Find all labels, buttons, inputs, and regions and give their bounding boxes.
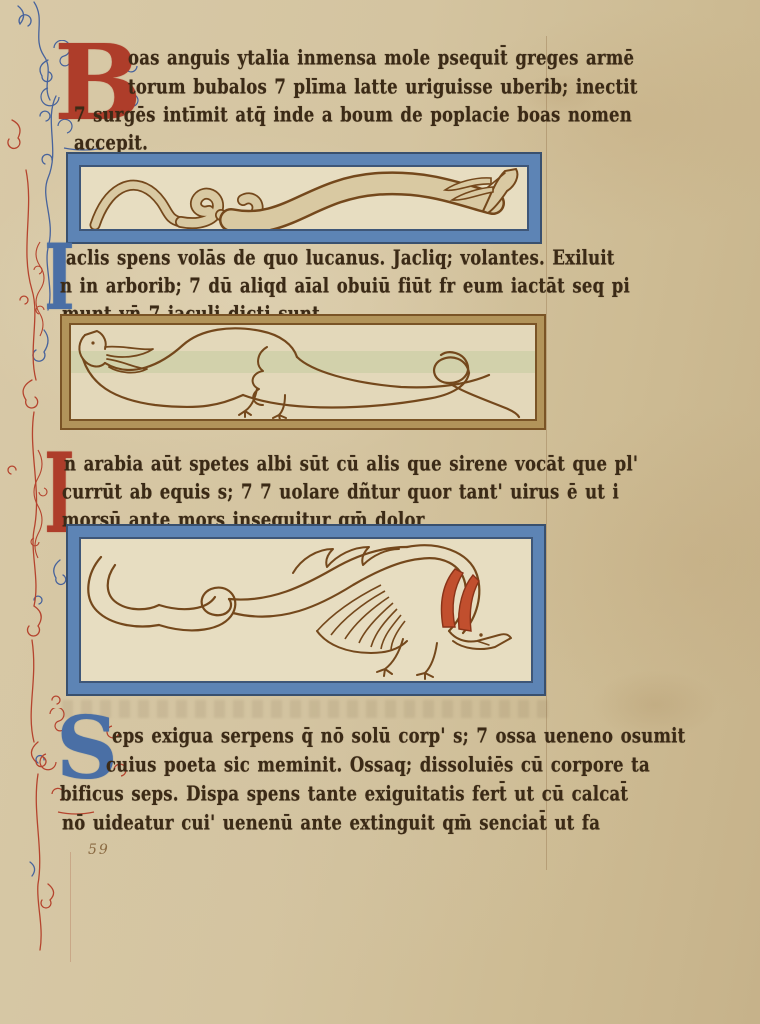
text-line: aclis spens volās de quo lucanus. Jacliq… — [66, 246, 615, 269]
text-line: nō uideatur cui' uenenū ante extinguit q… — [62, 811, 600, 834]
text-line: currūt ab equis s; 7 7 uolare dñtur quor… — [62, 480, 619, 503]
text-line: munt vn̄ 7 iaculi dicti sunt — [62, 302, 320, 325]
boa-serpent-drawing — [81, 167, 527, 229]
folio-number: 59 — [88, 842, 110, 858]
text-line: eps exigua serpens q̄ nō solū corp' s; 7… — [112, 724, 685, 747]
siren-serpent-drawing — [81, 539, 531, 681]
manuscript-page: B oas anguis ytalia inmensa mole psequit… — [0, 0, 760, 1024]
initial-i-filigree — [30, 240, 50, 340]
siren-red-horn — [459, 575, 479, 631]
show-through-text — [62, 700, 548, 718]
siren-illustration — [79, 537, 533, 683]
text-line: morsū ante mors insequitur qm̄ dolor — [62, 508, 425, 531]
text-line: accepit. — [74, 131, 148, 154]
text-line: bificus seps. Dispa spens tante exiguita… — [60, 782, 628, 805]
text-line: cuius poeta sic meminit. Ossaq; dissolui… — [106, 753, 650, 776]
iaculus-illustration — [69, 323, 537, 421]
iaculus-serpent-drawing — [71, 325, 535, 419]
text-line: n in arborib; 7 dū aliqd aīal obuiū fiūt… — [60, 274, 630, 297]
initial-i-filigree — [30, 448, 50, 568]
text-line: oas anguis ytalia inmensa mole psequit̄ … — [128, 46, 634, 69]
ruling-line-bottom-left — [70, 852, 71, 962]
text-line: 7 surgēs intīmit atq̄ inde a boum de pop… — [74, 103, 632, 126]
text-line: torum bubalos 7 plīma latte uriguisse ub… — [128, 75, 638, 98]
text-line: n arabia aūt spetes albi sūt cū alis que… — [64, 452, 638, 475]
boa-illustration — [79, 165, 529, 231]
